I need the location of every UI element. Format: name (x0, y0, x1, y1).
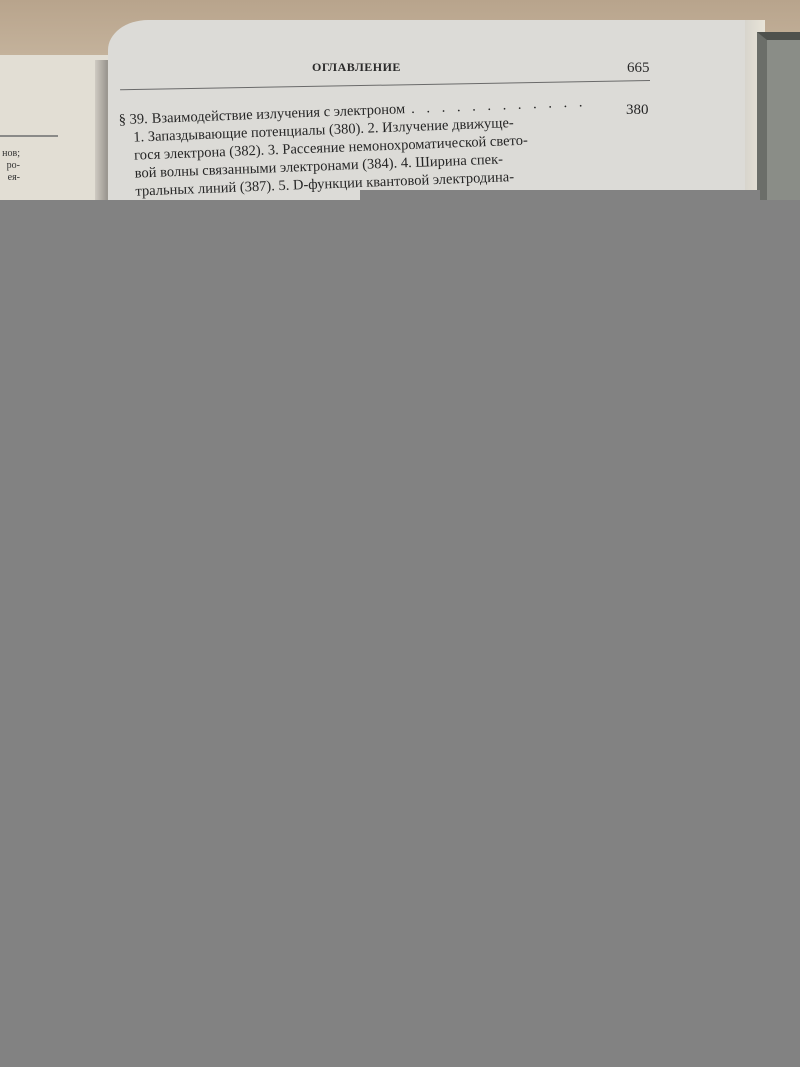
section-number: § 39. (118, 110, 148, 129)
toc-entry-page-number: 380 (626, 102, 649, 119)
left-fragment: ея- (0, 172, 20, 184)
redaction-block (0, 200, 800, 1067)
left-page-rule (0, 135, 58, 137)
book-photo: нов; ро- ея- ОГЛАВЛЕНИЕ 665 § 39. Взаимо… (0, 0, 800, 200)
left-fragment: нов; (0, 148, 20, 160)
running-header-title: ОГЛАВЛЕНИЕ (312, 60, 401, 75)
toc-entry: § 39. Взаимодействие излучения с электро… (118, 92, 622, 200)
running-header-page-number: 665 (627, 60, 650, 77)
left-page-text: нов; ро- ея- (0, 148, 20, 184)
metal-bracket (757, 32, 800, 200)
left-fragment: ро- (0, 160, 20, 172)
